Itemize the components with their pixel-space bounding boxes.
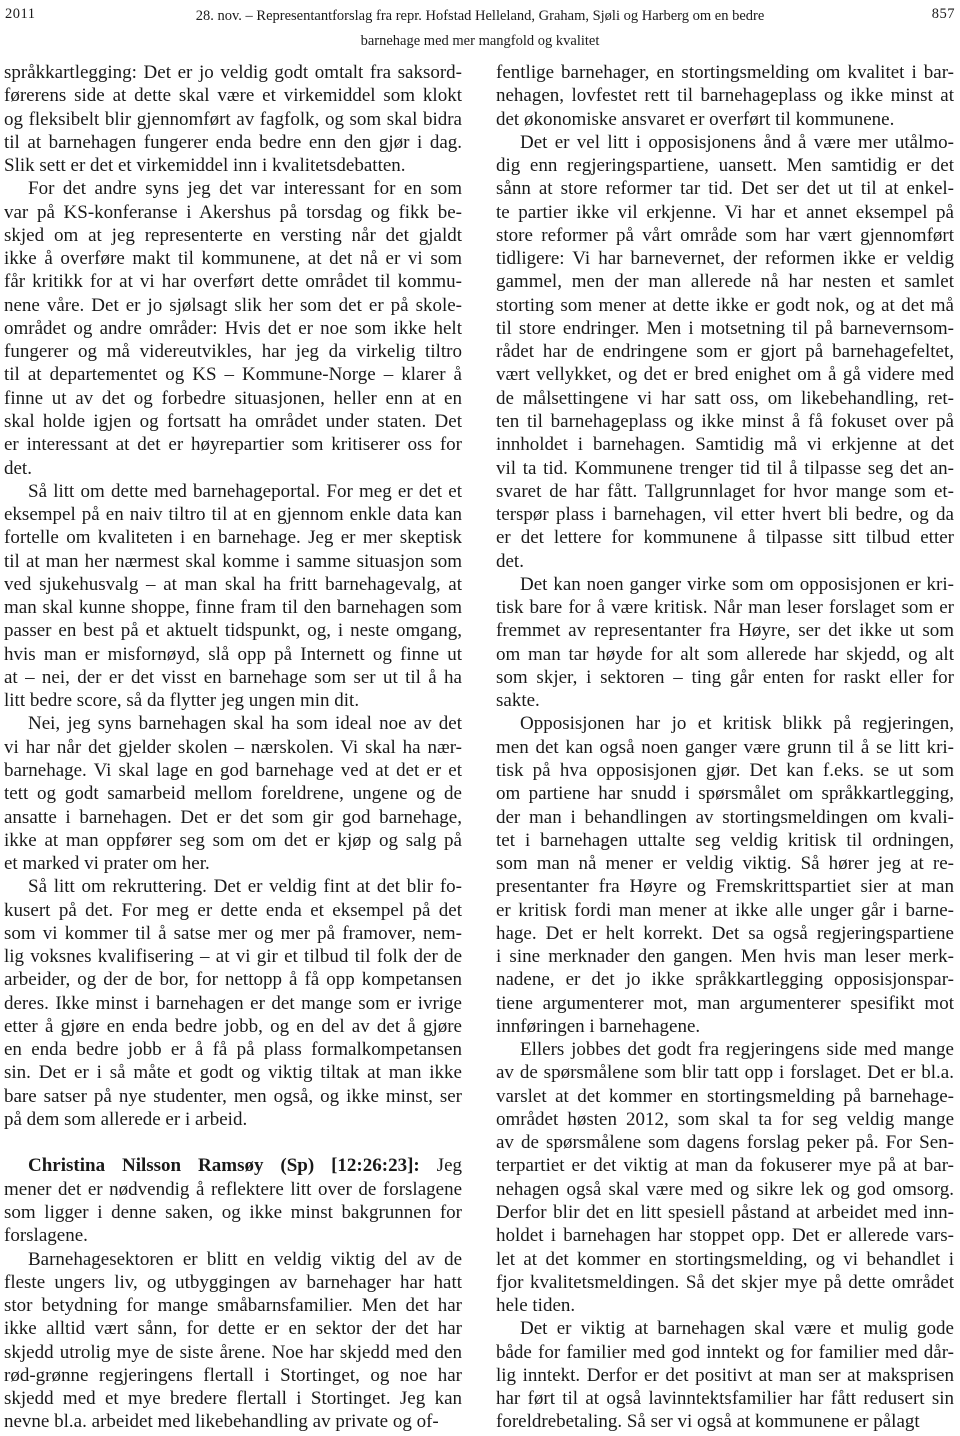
text-line: fleste ungers liv, og utbyggingen av bar… (4, 1271, 462, 1294)
paragraph: Ellers jobbes det godt fra regjeringens … (496, 1038, 954, 1317)
text-line: Christina Nilsson Ramsøy (Sp) [12:26:23]… (4, 1154, 462, 1177)
text-line: holdet i barnehagen har stoppet opp. Det… (496, 1224, 954, 1247)
text-line: nene våre. Det er jo sjølsagt slik her s… (4, 294, 462, 317)
text-line: vært vellykket, og det er bred enighet o… (496, 363, 954, 386)
text-line: er interessant at det er høyrepartier so… (4, 433, 462, 456)
paragraph: språkkartlegging: Det er jo veldig godt … (4, 61, 462, 177)
text-line: og fleksibelt blir gjennomført av fagfol… (4, 108, 462, 131)
page-header: 2011 857 28. nov. – Representantforslag … (5, 4, 955, 56)
text-line: storting som mener at dette ikke er godt… (496, 294, 954, 317)
text-line: er det lettere for kommunene å tilpasse … (496, 526, 954, 549)
text-line: til at man her nærmest skal komme i samm… (4, 550, 462, 573)
paragraph: Det er vel litt i opposisjonens ånd å væ… (496, 131, 954, 573)
text-line: tisk bare for å være kritisk. Når man le… (496, 596, 954, 619)
paragraph: fentlige barnehager, en stortingsmelding… (496, 61, 954, 131)
text-line: let at det kommer en stortingsmelding, o… (496, 1248, 954, 1271)
header-year: 2011 (5, 6, 35, 23)
text-line: skjedd utrolig mye de siste årene. Noe h… (4, 1341, 462, 1364)
text-line: presentanter fra Høyre og Fremskrittspar… (496, 875, 954, 898)
speaker-name: Christina Nilsson Ramsøy (Sp) [12:26:23]… (28, 1155, 420, 1176)
text-line: hage. Det er helt korrekt. Det sa også r… (496, 922, 954, 945)
paragraph-gap (4, 1131, 462, 1154)
text-line: kusert på det. For meg er dette enda et … (4, 899, 462, 922)
text-line: deres. Ikke minst i barnehagen er det ma… (4, 992, 462, 1015)
text-line: barnehage. Vi skal lage en god barnehage… (4, 759, 462, 782)
text-line: var på KS-konferanse i Akershus på torsd… (4, 201, 462, 224)
text-line: det. (4, 457, 462, 480)
text-line: svaret de har fått. Tallgrunnlaget for h… (496, 480, 954, 503)
text-line: Barnehagesektoren er blitt en veldig vik… (4, 1248, 462, 1271)
text-line: terpartiet er det viktig at man da fokus… (496, 1154, 954, 1177)
text-line: vi har når det gjelder skolen – nærskole… (4, 736, 462, 759)
text-line: fungerer og må videreutvikles, har jeg d… (4, 340, 462, 363)
text-line: til at barnehagen fungerer enda bedre en… (4, 131, 462, 154)
text-line: språkkartlegging: Det er jo veldig godt … (4, 61, 462, 84)
text-line: førerens side at dette skal være et virk… (4, 84, 462, 107)
text-line: får kritikk for at vi har overført dette… (4, 270, 462, 293)
text-line: te partier ikke vil erkjenne. Vi har et … (496, 201, 954, 224)
text-line: tidligere: Vi har barnevernet, der refor… (496, 247, 954, 270)
text-line: Opposisjonen har jo et kritisk blikk på … (496, 712, 954, 735)
text-line: store reformer på vårt område som har væ… (496, 224, 954, 247)
header-title-line2: barnehage med mer mangfold og kvalitet (75, 29, 885, 54)
text-line: hvis man er misfornøyd, slå opp på Inter… (4, 643, 462, 666)
text-line: fortelle om kvaliteten i en barnehage. J… (4, 526, 462, 549)
text-line: som skjer, i sektoren – ting går enten f… (496, 666, 954, 689)
text-line: tet i barnehagen uttalte seg veldig krit… (496, 829, 954, 852)
text-line: litt bedre score, så da flytter jeg unge… (4, 689, 462, 712)
text-line: har ført til at også lavinntektsfamilier… (496, 1387, 954, 1410)
text-line: ikke å overføre makt til kommunene, at d… (4, 247, 462, 270)
text-line: det økonomiske ansvaret er overført til … (496, 108, 954, 131)
text-line: nehagen, lovfestet rett til barnehagepla… (496, 84, 954, 107)
paragraph: Christina Nilsson Ramsøy (Sp) [12:26:23]… (4, 1154, 462, 1247)
text-line: nehagen også skal være med og sikre lek … (496, 1178, 954, 1201)
text-line: de målsettingene vi har satt oss, om lik… (496, 387, 954, 410)
text-line: der man i behandlingen av stortingsmeldi… (496, 806, 954, 829)
text-line: lig voksnes kvalifisering – at vi gir et… (4, 945, 462, 968)
document-page: 2011 857 28. nov. – Representantforslag … (0, 0, 960, 1436)
text-line: forslagene. (4, 1224, 462, 1247)
text-line: skal holde igjen og fortsatt ha området … (4, 410, 462, 433)
text-line: skjed om at jeg representerte en verstin… (4, 224, 462, 247)
right-column: fentlige barnehager, en stortingsmelding… (496, 61, 954, 1436)
text-line: arbeider, og der de bor, for nettopp å f… (4, 968, 462, 991)
text-line: tett og godt samarbeid mellom foreldrene… (4, 782, 462, 805)
text-line: tisk på hva opposisjonen gjør. Det kan f… (496, 759, 954, 782)
paragraph: For det andre syns jeg det var interessa… (4, 177, 462, 479)
text-line: fjor kvalitetsmeldingen. Så det skjer my… (496, 1271, 954, 1294)
text-line: gammel, men der man allerede nå har nest… (496, 270, 954, 293)
text-line: sin. Det er i så måte et godt og viktig … (4, 1061, 462, 1084)
text-line: Derfor blir det en litt spesiell påstand… (496, 1201, 954, 1224)
paragraph: Opposisjonen har jo et kritisk blikk på … (496, 712, 954, 1038)
paragraph: Det er viktig at barnehagen skal være et… (496, 1317, 954, 1433)
text-line: sånn at store reformer tar tid. Det ser … (496, 177, 954, 200)
text-line: Så litt om rekruttering. Det er veldig f… (4, 875, 462, 898)
text-line: etter å gjøre en enda bedre jobb, og en … (4, 1015, 462, 1038)
text-line: området og andre områder: Hvis det er no… (4, 317, 462, 340)
text-line: mener det er nødvendig å reflektere litt… (4, 1178, 462, 1201)
text-line: Det er vel litt i opposisjonens ånd å væ… (496, 131, 954, 154)
text-line: Så litt om dette med barnehageportal. Fo… (4, 480, 462, 503)
text-line: Slik sett er det et virkemiddel inn i kv… (4, 154, 462, 177)
text-line: ikke at man oppfører seg som om det er k… (4, 829, 462, 852)
text-line: ten til barnehageplass og ikke minst å f… (496, 410, 954, 433)
text-line: foreldrebetaling. Så ser vi også at komm… (496, 1410, 954, 1433)
text-line: skjedd med et mye bredere flertall i Sto… (4, 1387, 462, 1410)
text-line: hele tiden. (496, 1294, 954, 1317)
text-line: varslet at det kommer en stortingsmeldin… (496, 1085, 954, 1108)
text-line: ansatte i barnehagen. Det er det som gir… (4, 806, 462, 829)
text-line: For det andre syns jeg det var interessa… (4, 177, 462, 200)
text-line: fremmet av representanter fra Høyre, ser… (496, 619, 954, 642)
text-line: om partiene har snudd i spørsmålet om sp… (496, 782, 954, 805)
text-line: finne ut av det og forbedre situasjonen,… (4, 387, 462, 410)
text-line: ikke alltid vært sånn, for dette er en s… (4, 1317, 462, 1340)
paragraph: Nei, jeg syns barnehagen skal ha som ide… (4, 712, 462, 875)
text-line: eksempel på en naiv tiltro til at en gje… (4, 503, 462, 526)
text-line: man skal kunne shoppe, finne fram til de… (4, 596, 462, 619)
header-title: 28. nov. – Representantforslag fra repr.… (75, 4, 885, 54)
text-line: ved sjukehusvalg – at man skal ha fritt … (4, 573, 462, 596)
text-line: som vi kommer til å satse mer og mer på … (4, 922, 462, 945)
left-column: språkkartlegging: Det er jo veldig godt … (4, 61, 462, 1436)
text-line: nadene, er det jo ikke språkkartlegging … (496, 968, 954, 991)
text-line: at – nei, der er det visst en barnehage … (4, 666, 462, 689)
paragraph: Barnehagesektoren er blitt en veldig vik… (4, 1248, 462, 1434)
text-line: et marked vi prater om her. (4, 852, 462, 875)
text-line: Nei, jeg syns barnehagen skal ha som ide… (4, 712, 462, 735)
text-line: er kritisk fordi man mener at ikke alle … (496, 899, 954, 922)
text-line: innføringen i barnehagene. (496, 1015, 954, 1038)
text-line: fentlige barnehager, en stortingsmelding… (496, 61, 954, 84)
text-line: stor betydning for mange småbarnsfamilie… (4, 1294, 462, 1317)
text-line: både for familier med god inntekt og for… (496, 1341, 954, 1364)
text-line: av de spørsmålene som blir tatt opp i fo… (496, 1061, 954, 1084)
text-line: men det kan også noen ganger være grunn … (496, 736, 954, 759)
text-line: til store endringer. Men i motsetning ti… (496, 317, 954, 340)
text-line: på dem som allerede er i arbeid. (4, 1108, 462, 1131)
header-page-number: 857 (932, 6, 955, 23)
text-line: Det er viktig at barnehagen skal være et… (496, 1317, 954, 1340)
text-line: lig inntekt. Derfor er det positivt at m… (496, 1364, 954, 1387)
text-line: innholdet i barnehagen. Samtidig må vi e… (496, 433, 954, 456)
text-line: det. (496, 550, 954, 573)
text-line: dig enn regjeringspartiene, uansett. Men… (496, 154, 954, 177)
text-line: nevne bl.a. arbeidet med likebehandling … (4, 1410, 462, 1433)
text-line: Det kan noen ganger virke som om opposis… (496, 573, 954, 596)
text-line: bare satser på nye studenter, men også, … (4, 1085, 462, 1108)
text-line: Ellers jobbes det godt fra regjeringens … (496, 1038, 954, 1061)
text-body: språkkartlegging: Det er jo veldig godt … (4, 61, 954, 1436)
text-line: vil ta tid. Kommunene trenger tid til å … (496, 457, 954, 480)
text-line: til at departementet og KS – Kommune-Nor… (4, 363, 462, 386)
text-line: sakte. (496, 689, 954, 712)
paragraph: Så litt om dette med barnehageportal. Fo… (4, 480, 462, 713)
text-line: som ligger i denne saken, og ikke minst … (4, 1201, 462, 1224)
text-line: terspør plass i barnehagen, vil etter hv… (496, 503, 954, 526)
paragraph: Det kan noen ganger virke som om opposis… (496, 573, 954, 713)
text-line: av de spørsmålene som dagens forslag pek… (496, 1131, 954, 1154)
paragraph: Så litt om rekruttering. Det er veldig f… (4, 875, 462, 1131)
text-line: passer en best på et aktuelt tidspunkt, … (4, 619, 462, 642)
text-line: i sine merknader den gangen. Men hvis ma… (496, 945, 954, 968)
header-title-line1: 28. nov. – Representantforslag fra repr.… (75, 4, 885, 29)
text-line: om man tar høyde for alt som allerede ha… (496, 643, 954, 666)
text-line: tiene argumenterer mot, man argumenterer… (496, 992, 954, 1015)
text-line: som man nå mener er veldig viktig. Så hø… (496, 852, 954, 875)
text-line: rådet har de endringene som er gjort på … (496, 340, 954, 363)
text-line: rød-grønne regjeringens flertall i Stort… (4, 1364, 462, 1387)
text-line: området høsten 2012, som skal ta for seg… (496, 1108, 954, 1131)
text-line: en enda bedre jobb er å få på plass form… (4, 1038, 462, 1061)
